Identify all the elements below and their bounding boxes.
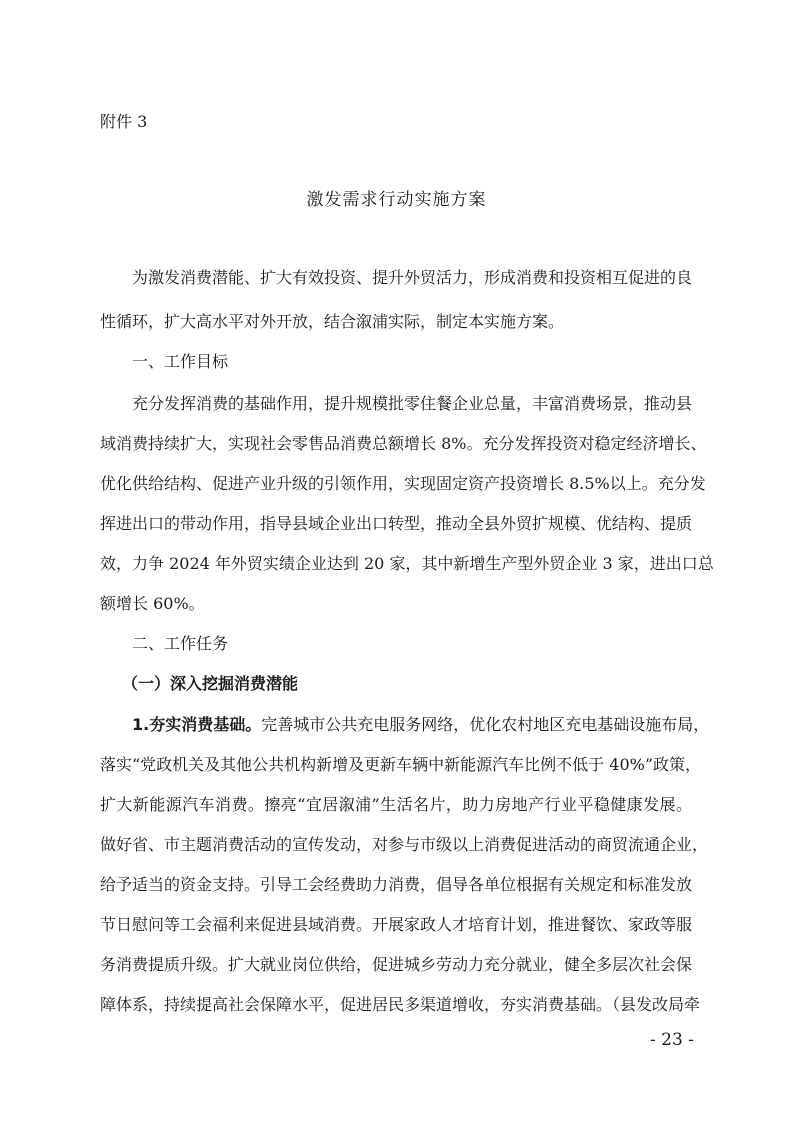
attachment-label: 附件 3 (100, 112, 147, 132)
document-title: 激发需求行动实施方案 (0, 190, 793, 210)
body-line: 充分发挥消费的基础作用，提升规模批零住餐企业总量，丰富消费场景，推动县 (132, 394, 692, 414)
body-line: 务消费提质升级。扩大就业岗位供给，促进城乡劳动力充分就业，健全多层次社会保 (100, 955, 692, 975)
intro-line: 为激发消费潜能、扩大有效投资、提升外贸活力，形成消费和投资相互促进的良 (132, 268, 692, 288)
item1-lead: 1.夯实消费基础。 (132, 715, 261, 735)
body-line: 落实“党政机关及其他公共机构新增及更新车辆中新能源汽车比例不低于 40%”政策， (100, 755, 692, 775)
body-line: 扩大新能源汽车消费。擦亮“宜居溆浦”生活名片，助力房地产行业平稳健康发展。 (100, 795, 692, 815)
body-line: 给予适当的资金支持。引导工会经费助力消费，倡导各单位根据有关规定和标准发放 (100, 875, 692, 895)
body-line: 效，力争 2024 年外贸实绩企业达到 20 家，其中新增生产型外贸企业 3 家… (100, 554, 692, 574)
page-number: - 23 - (650, 1030, 694, 1050)
body-line: 挥进出口的带动作用，指导县域企业出口转型，推动全县外贸扩规模、优结构、提质 (100, 514, 692, 534)
item1-first-line: 1.夯实消费基础。 完善城市公共充电服务网络，优化农村地区充电基础设施布局， (132, 715, 692, 735)
body-line: 障体系，持续提高社会保障水平，促进居民多渠道增收，夯实消费基础。（县发改局牵 (100, 995, 692, 1015)
body-line: 额增长 60%。 (100, 594, 205, 614)
document-page: 附件 3 激发需求行动实施方案 为激发消费潜能、扩大有效投资、提升外贸活力，形成… (0, 0, 793, 1122)
body-line: 节日慰问等工会福利来促进县域消费。开展家政人才培育计划，推进餐饮、家政等服 (100, 915, 692, 935)
intro-line: 性循环，扩大高水平对外开放，结合溆浦实际，制定本实施方案。 (100, 312, 564, 332)
section-heading: 一、工作目标 (132, 352, 228, 372)
body-line: 优化供给结构、促进产业升级的引领作用，实现固定资产投资增长 8.5%以上。充分发 (100, 474, 692, 494)
subsection-heading: （一）深入挖掘消费潜能 (122, 674, 298, 694)
item1-first-line-text: 完善城市公共充电服务网络，优化农村地区充电基础设施布局， (261, 715, 709, 735)
body-line: 做好省、市主题消费活动的宣传发动，对参与市级以上消费促进活动的商贸流通企业， (100, 835, 692, 855)
body-line: 域消费持续扩大，实现社会零售品消费总额增长 8%。充分发挥投资对稳定经济增长、 (100, 434, 692, 454)
section-heading: 二、工作任务 (132, 634, 228, 654)
